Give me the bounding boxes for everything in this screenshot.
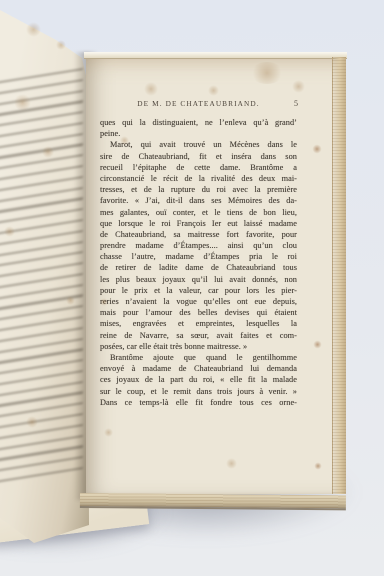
text-line: posées, car elle était très bonne maitre…: [100, 341, 297, 352]
text-line: favorite. « J’ai, dit-il dans ses Mémoir…: [100, 195, 297, 206]
blurred-text-line: [0, 79, 83, 103]
text-line: mises, engravées et empreintes, lesquell…: [100, 318, 297, 329]
right-page: DE M. DE CHATEAUBRIAND. 5 ques qui la di…: [86, 57, 346, 494]
text-line: mes galantes, ouï conter, et le tiens de…: [100, 207, 297, 218]
foxing-spot: [26, 22, 41, 37]
text-line: les plus beaux joyaux qu’il lui avait do…: [100, 274, 297, 285]
foxing-spot: [313, 340, 322, 349]
text-line: que lorsque le roi François Ier eut lais…: [100, 218, 297, 229]
text-line: Brantôme ajoute que quand le gentilhomme: [100, 352, 297, 363]
text-line: mais pour l’amour des belles devises qui…: [100, 307, 297, 318]
text-line: Marot, qui avait trouvé un Mécènes dans …: [100, 139, 297, 150]
page-lines: ques qui la distinguaient, ne l’enleva q…: [100, 117, 297, 408]
text-line: pour le prix et la valeur, car pour lors…: [100, 285, 297, 296]
foxing-spot: [26, 416, 38, 428]
text-line: prendre madame d’Étampes.... ainsi qu’un…: [100, 240, 297, 251]
blurred-text-line: [0, 143, 83, 166]
foxing-spot: [120, 136, 129, 145]
text-line: reries n’avaient la vogue qu’elles ont e…: [100, 296, 297, 307]
text-line: ces joyaux de la part du roi, « elle fit…: [100, 374, 297, 385]
text-line: tresses, et de la rupture du roi avec la…: [100, 184, 297, 195]
foxing-spot: [314, 462, 322, 470]
text-line: peine.: [100, 128, 297, 139]
text-line: chasse l’autre, madame d’Étampes pria le…: [100, 251, 297, 262]
foxing-spot: [42, 146, 54, 158]
running-header-title: DE M. DE CHATEAUBRIAND.: [137, 99, 259, 108]
text-line: sur le coup, et le remit dans trois jour…: [100, 386, 297, 397]
text-line: de retirer de ladite dame de Chateaubria…: [100, 262, 297, 273]
text-line: sire de Chateaubriand, fit et inséra dan…: [100, 151, 297, 162]
blurred-text-line: [0, 122, 83, 146]
foxing-spot: [56, 40, 66, 50]
foxing-spot: [4, 226, 15, 237]
foxing-spot: [226, 458, 237, 469]
text-line: recueil l’épitaphe de cette dame. Brantô…: [100, 162, 297, 173]
book-photo: DE M. DE CHATEAUBRIAND. 5 ques qui la di…: [0, 0, 384, 576]
page-top-edge: [84, 52, 347, 59]
blurred-text-line: [0, 424, 83, 448]
foxing-spot: [250, 62, 284, 84]
foxing-spot: [292, 80, 305, 93]
foxing-spot: [66, 296, 75, 305]
fore-edge: [332, 57, 346, 494]
foxing-spot: [104, 428, 113, 437]
page-text: DE M. DE CHATEAUBRIAND. 5 ques qui la di…: [100, 99, 297, 408]
page-block-bottom-edge: [80, 493, 346, 510]
text-line: envoyé à madame de Chateaubriand lui dem…: [100, 363, 297, 374]
foxing-spot: [312, 144, 322, 154]
text-line: reine de Navarre, sa sœur, avait faites …: [100, 330, 297, 341]
foxing-spot: [144, 82, 158, 96]
text-line: Dans ce temps-là elle fit fondre tous ce…: [100, 397, 297, 408]
running-header: DE M. DE CHATEAUBRIAND. 5: [100, 99, 297, 109]
foxing-spot: [100, 298, 108, 306]
text-line: ques qui la distinguaient, ne l’enleva q…: [100, 117, 297, 128]
page-number: 5: [294, 99, 298, 109]
blurred-text-line: [0, 467, 83, 491]
foxing-spot: [208, 85, 219, 96]
left-page-blurred-text: [0, 68, 83, 501]
foxing-spot: [14, 94, 31, 111]
text-line: de Chateaubriand, sa maitresse fort favo…: [100, 229, 297, 240]
text-line: circonstancié le récit de la rivalité de…: [100, 173, 297, 184]
